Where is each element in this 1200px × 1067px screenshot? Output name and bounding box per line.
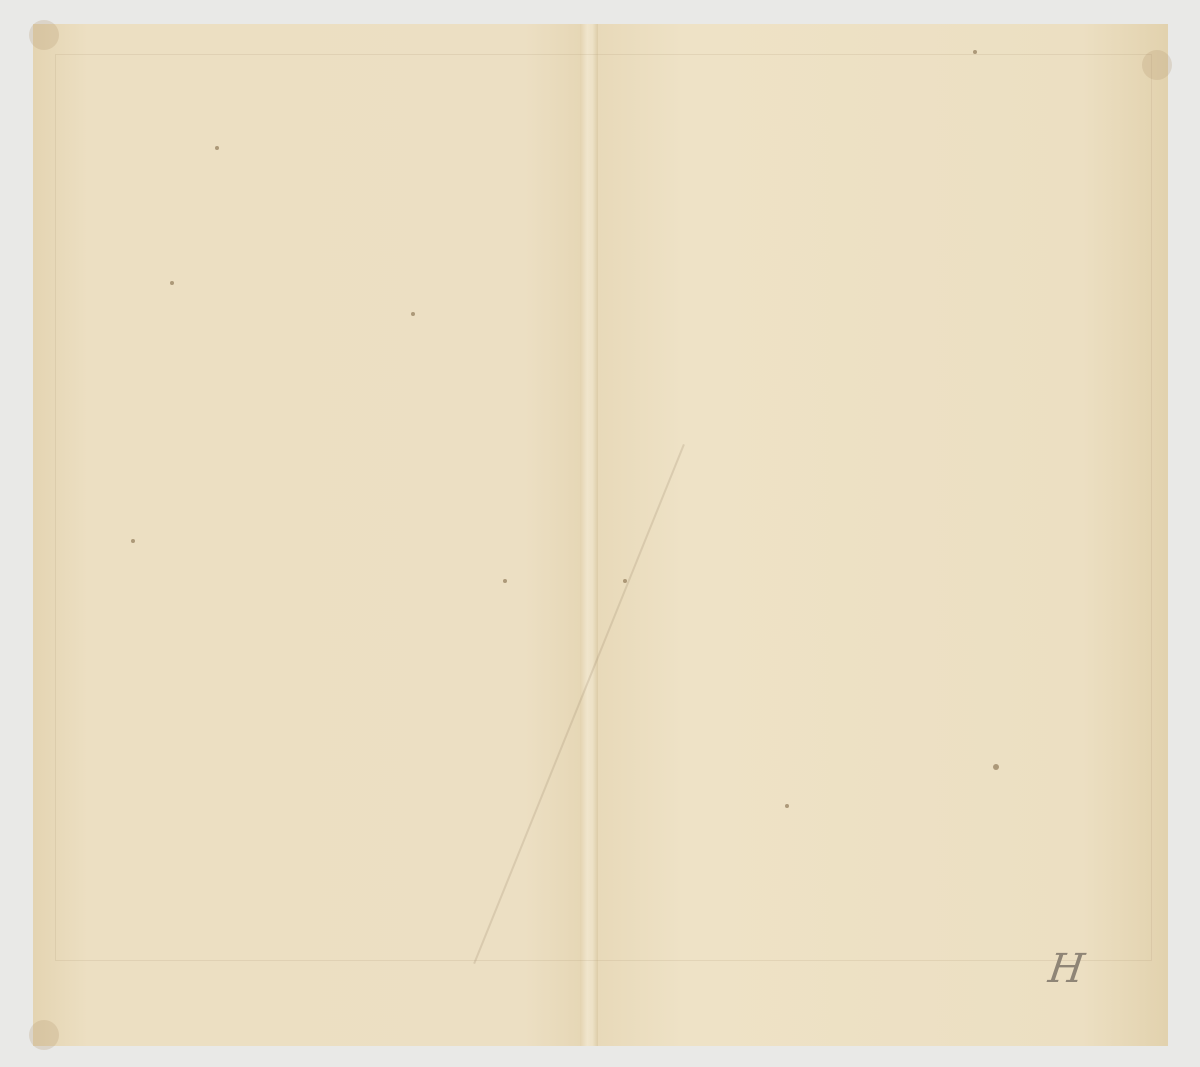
corner-stain (1142, 50, 1172, 80)
foxing-spot (993, 764, 999, 770)
foxing-spot (623, 579, 627, 583)
foxing-spot (973, 50, 977, 54)
foxing-spot (170, 281, 174, 285)
foxing-spot (411, 312, 415, 316)
foxing-spot (215, 146, 219, 150)
plate-mark (55, 54, 1152, 961)
pencil-mark: H (1046, 946, 1087, 992)
foxing-spot (131, 539, 135, 543)
paper-sheet: H (33, 24, 1168, 1046)
foxing-spot (503, 579, 507, 583)
corner-stain (29, 1020, 59, 1050)
corner-stain (29, 20, 59, 50)
foxing-spot (785, 804, 789, 808)
